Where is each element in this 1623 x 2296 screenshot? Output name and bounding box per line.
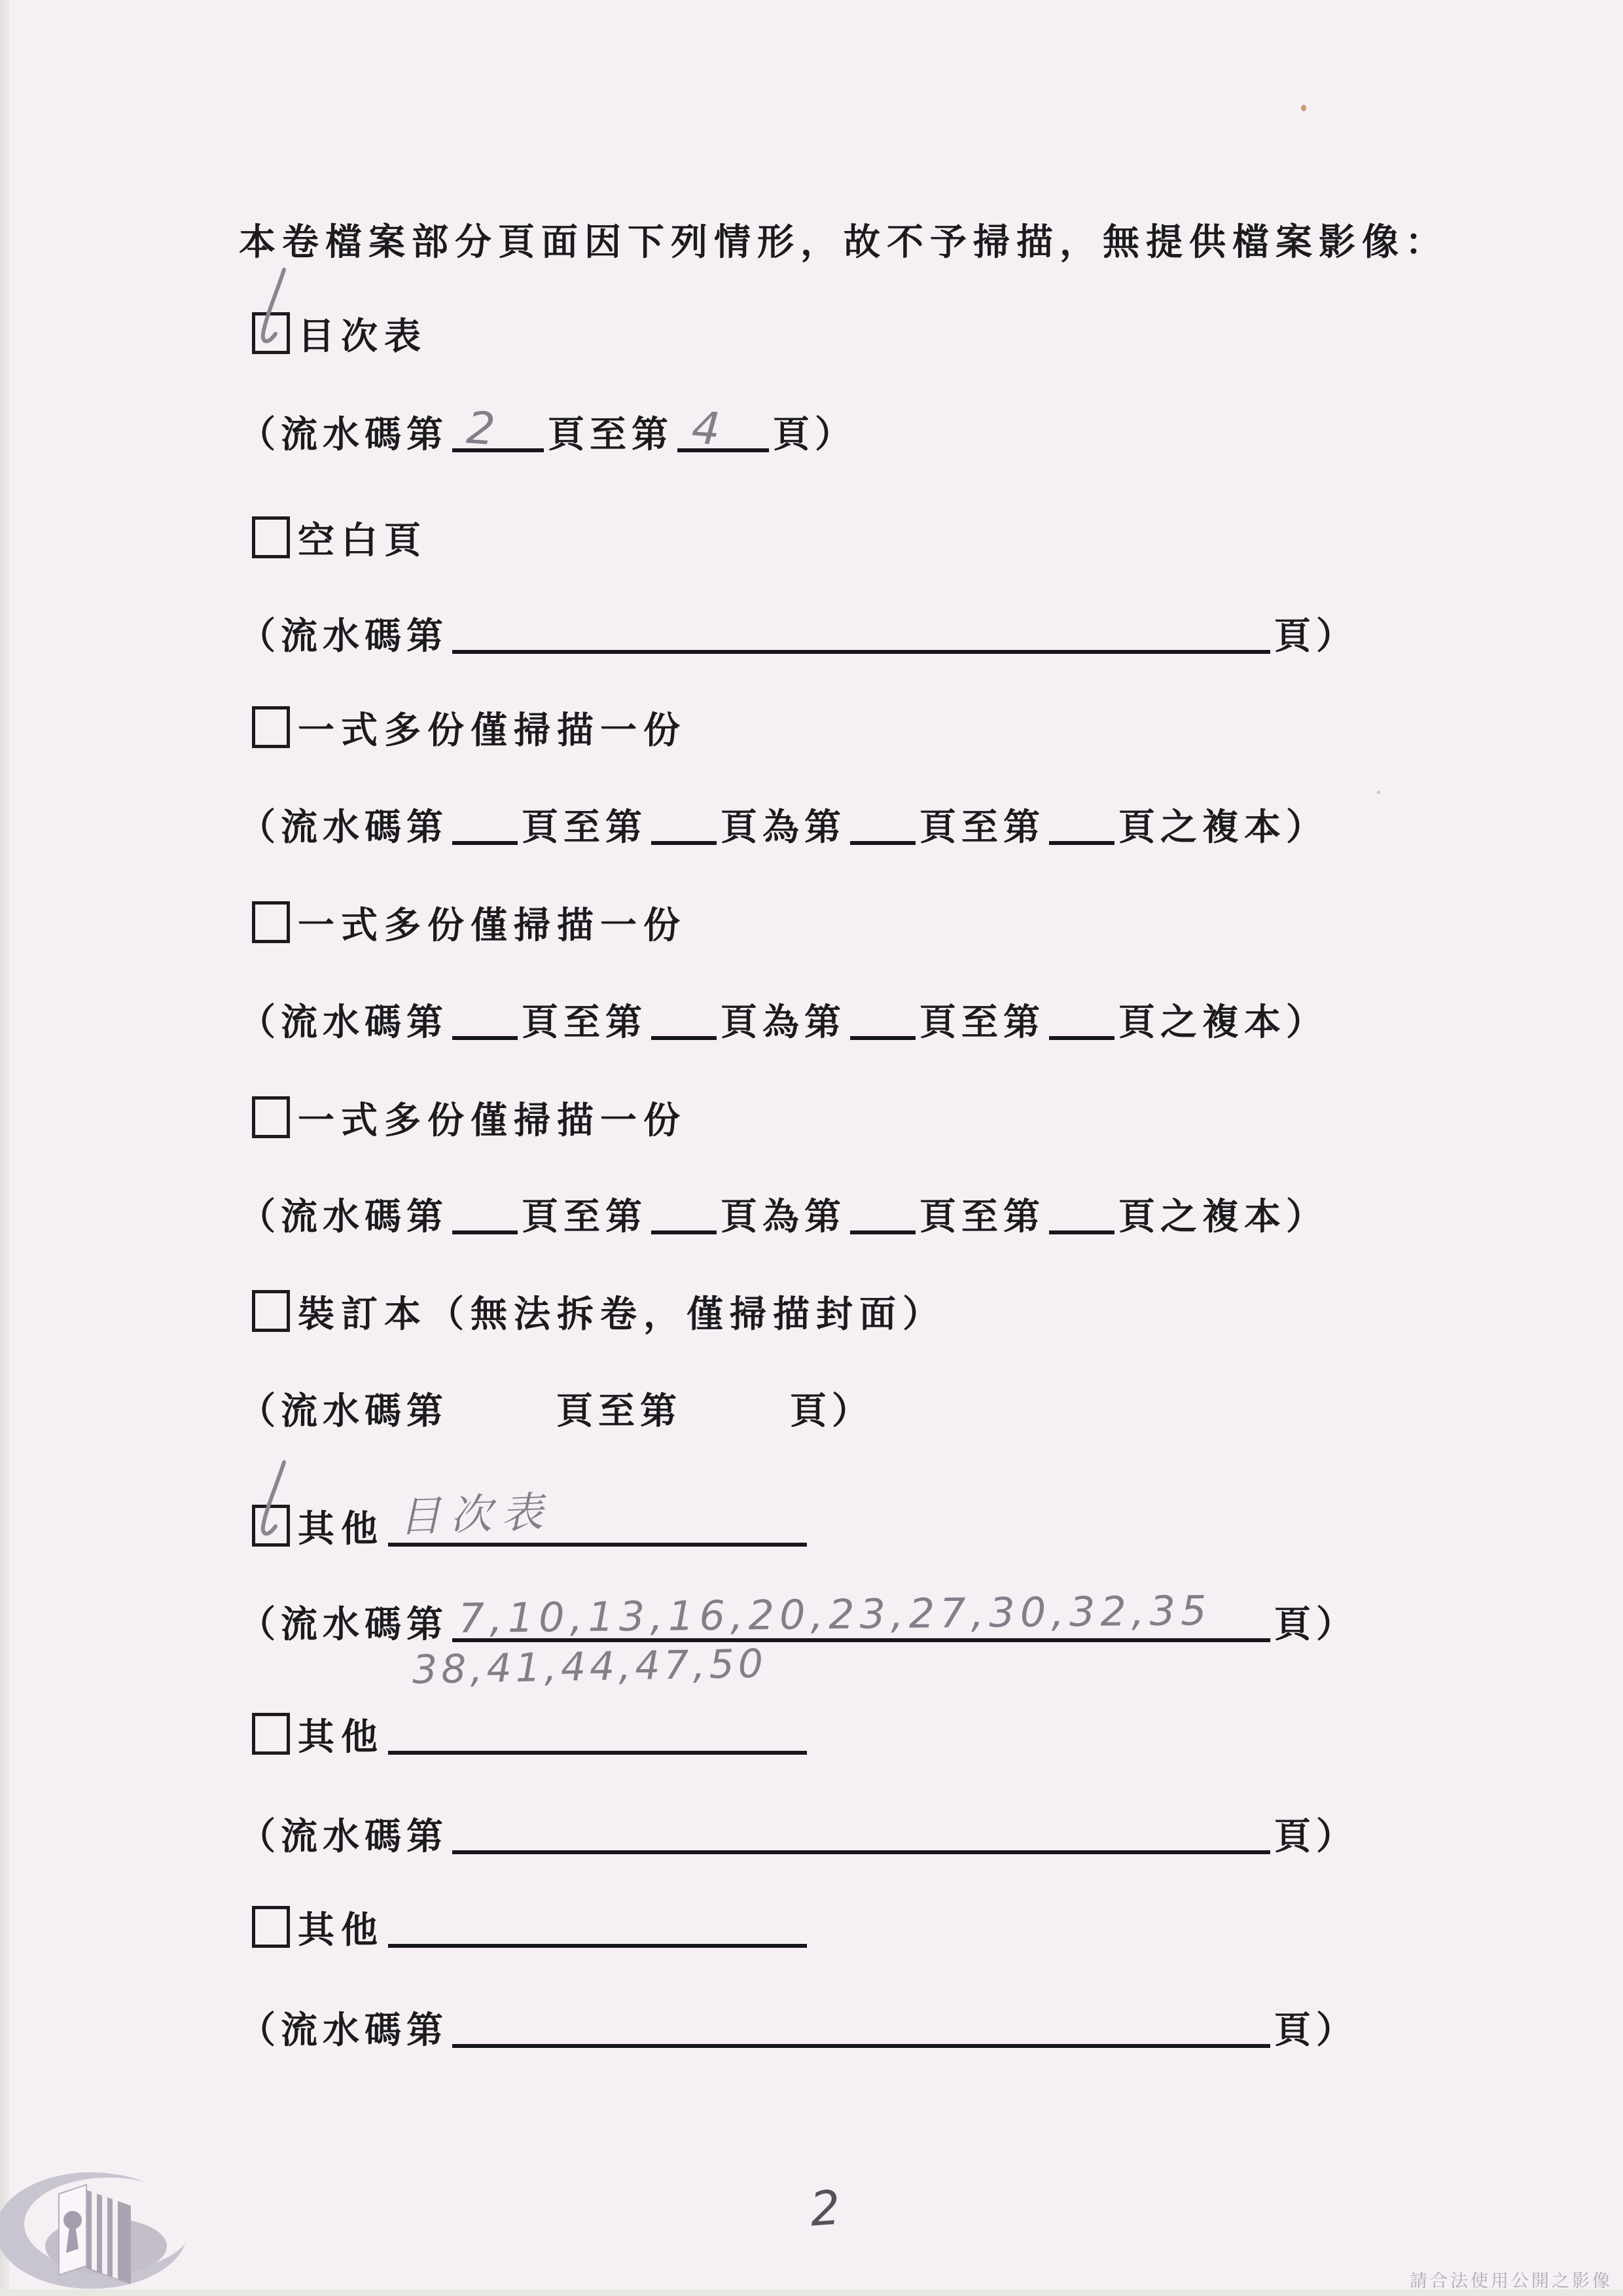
detail-text: 頁至第 (919, 1003, 1045, 1043)
detail-text: 頁之複本） (1118, 1003, 1328, 1043)
detail-text: 頁為第 (721, 1003, 846, 1043)
fill-in-line[interactable]: 4 (677, 414, 769, 452)
detail-text: 頁） (1274, 2011, 1358, 2051)
fill-in-line[interactable] (1049, 1002, 1115, 1040)
pencil-handwriting: 7,10,13,16,20,23,27,30,32,35 (458, 1587, 1212, 1642)
detail-text: （流水碼第 (239, 1817, 448, 1857)
paper-speck (1301, 105, 1306, 111)
checkbox-label: 其他 (298, 1910, 384, 1951)
detail-text: 頁） (1274, 1817, 1358, 1857)
form-option-row: 其他 (252, 1708, 811, 1761)
pencil-checkmark-icon (251, 266, 293, 364)
checkbox-label: 目次表 (298, 317, 427, 357)
form-option-row: 其他目次表 (252, 1500, 811, 1552)
checkbox-label: 一式多份僅掃描一份 (298, 1101, 687, 1141)
fill-in-line[interactable]: 2 (452, 414, 544, 452)
handwritten-page-number: 2 (808, 2180, 842, 2237)
detail-text: 頁之複本） (1118, 1197, 1328, 1238)
fill-in-line[interactable] (452, 2010, 1270, 2048)
serial-number-line: （流水碼第頁至第頁為第頁至第頁之複本） (239, 1188, 1328, 1240)
checkbox[interactable] (252, 901, 290, 943)
usage-note: 請合法使用公開之影像 (1410, 2267, 1613, 2292)
pencil-handwriting: 2 (465, 403, 497, 456)
checkbox[interactable] (252, 1290, 290, 1332)
fill-in-line[interactable] (388, 1910, 807, 1948)
serial-number-line: （流水碼第7,10,13,16,20,23,27,30,32,35頁） (239, 1596, 1358, 1648)
fill-in-line[interactable] (452, 616, 1270, 654)
fill-in-line[interactable] (1049, 1196, 1115, 1234)
fill-in-line[interactable] (452, 1002, 518, 1040)
checkbox-label: 其他 (298, 1717, 384, 1758)
detail-text: 頁至第 (556, 1391, 682, 1432)
serial-number-line: （流水碼第頁） (239, 1808, 1358, 1860)
fill-in-line[interactable] (388, 1717, 807, 1755)
form-option-row: 一式多份僅掃描一份 (252, 702, 687, 754)
checkbox[interactable] (252, 1505, 290, 1547)
detail-text: 頁） (790, 1391, 874, 1432)
checkbox[interactable] (252, 516, 290, 558)
detail-text: 頁為第 (721, 1197, 846, 1238)
form-option-row: 目次表 (252, 308, 427, 360)
fill-in-line[interactable] (850, 807, 916, 845)
checkbox[interactable] (252, 1713, 290, 1755)
serial-number-line: （流水碼第頁至第頁） (239, 1382, 874, 1435)
paper-speck (1377, 791, 1380, 794)
scanned-document-page: 本卷檔案部分頁面因下列情形，故不予掃描，無提供檔案影像： 目次表（流水碼第2頁至… (0, 0, 1623, 2296)
fill-in-line[interactable] (452, 1196, 518, 1234)
checkbox[interactable] (252, 706, 290, 748)
checkbox-label: 裝訂本（無法拆卷，僅掃描封面） (298, 1295, 946, 1335)
detail-text: 頁至第 (919, 808, 1045, 848)
checkbox[interactable] (252, 312, 290, 354)
detail-text: （流水碼第 (239, 808, 448, 848)
scan-edge-artifact (0, 2289, 1623, 2296)
detail-text: 頁至第 (522, 1197, 647, 1238)
archives-book-keyhole-logo (0, 2168, 192, 2293)
fill-in-line[interactable]: 7,10,13,16,20,23,27,30,32,35 (452, 1604, 1270, 1642)
detail-text: （流水碼第 (239, 2011, 448, 2051)
fill-in-line[interactable] (850, 1002, 916, 1040)
detail-text: （流水碼第 (239, 415, 448, 456)
detail-text: 頁） (1274, 617, 1358, 657)
detail-text: （流水碼第 (239, 1003, 448, 1043)
fill-in-line[interactable] (651, 807, 717, 845)
pencil-handwriting: 目次表 (398, 1479, 553, 1544)
pencil-checkmark-icon (251, 1458, 293, 1556)
checkbox-label: 空白頁 (298, 521, 427, 562)
scan-edge-artifact (0, 0, 9, 2296)
checkbox-label: 一式多份僅掃描一份 (298, 711, 687, 751)
form-option-row: 裝訂本（無法拆卷，僅掃描封面） (252, 1285, 946, 1338)
fill-in-line[interactable] (452, 1816, 1270, 1854)
form-title: 本卷檔案部分頁面因下列情形，故不予掃描，無提供檔案影像： (239, 213, 1448, 266)
checkbox[interactable] (252, 1096, 290, 1138)
serial-number-line: （流水碼第2頁至第4頁） (239, 406, 857, 458)
form-option-row: 一式多份僅掃描一份 (252, 1092, 687, 1144)
form-option-row: 一式多份僅掃描一份 (252, 897, 687, 949)
fill-in-line[interactable] (452, 807, 518, 845)
detail-text: 頁之複本） (1118, 808, 1328, 848)
fill-in-line[interactable]: 目次表 (388, 1509, 807, 1547)
detail-text: 頁至第 (548, 415, 673, 456)
checkbox[interactable] (252, 1906, 290, 1948)
fill-in-line[interactable] (651, 1196, 717, 1234)
detail-text: （流水碼第 (239, 1605, 448, 1645)
checkbox-label: 一式多份僅掃描一份 (298, 906, 687, 946)
fill-in-line[interactable] (651, 1002, 717, 1040)
fill-in-line[interactable] (850, 1196, 916, 1234)
detail-text: 頁至第 (919, 1197, 1045, 1238)
detail-text: 頁至第 (522, 808, 647, 848)
serial-number-line: （流水碼第頁至第頁為第頁至第頁之複本） (239, 994, 1328, 1046)
detail-text: （流水碼第 (239, 1391, 448, 1432)
checkbox-label: 其他 (298, 1509, 384, 1550)
serial-number-line: （流水碼第頁至第頁為第頁至第頁之複本） (239, 798, 1328, 851)
serial-number-line: （流水碼第頁） (239, 2001, 1358, 2054)
pencil-handwriting-overflow: 38,41,44,47,50 (412, 1641, 767, 1693)
detail-text: 頁） (773, 415, 857, 456)
detail-text: 頁為第 (721, 808, 846, 848)
detail-text: 頁） (1274, 1605, 1358, 1645)
detail-text: 頁至第 (522, 1003, 647, 1043)
detail-text: （流水碼第 (239, 617, 448, 657)
serial-number-line: （流水碼第頁） (239, 607, 1358, 660)
form-option-row: 空白頁 (252, 512, 427, 564)
pencil-handwriting: 4 (690, 403, 722, 456)
form-option-row: 其他 (252, 1901, 811, 1954)
detail-text: （流水碼第 (239, 1197, 448, 1238)
fill-in-line[interactable] (1049, 807, 1115, 845)
